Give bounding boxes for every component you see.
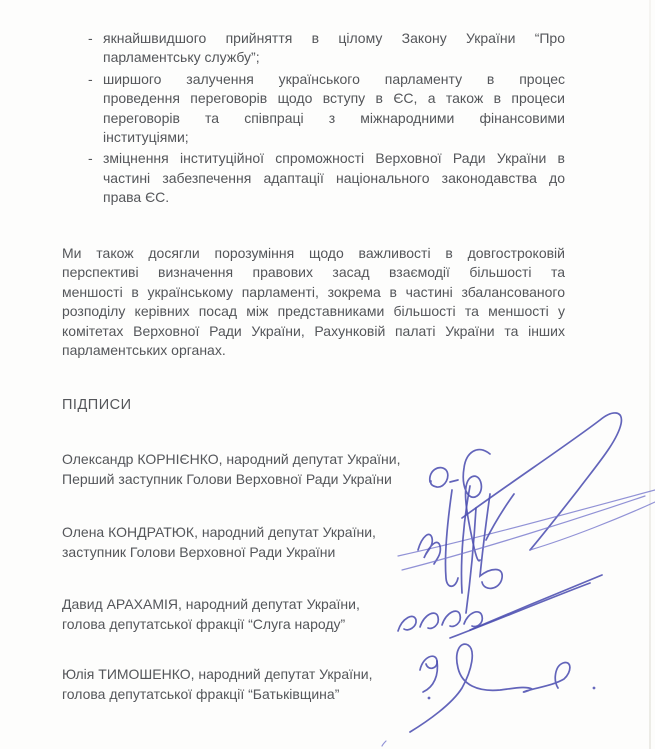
paragraph-line: меншості в українському парламенті, зокр… bbox=[62, 283, 565, 302]
signature-kondratiuk bbox=[402, 486, 645, 613]
bullet-text-line: ширшого залучення українського парламент… bbox=[103, 70, 565, 89]
bullet-text-line: частині забезпечення адаптації національ… bbox=[103, 169, 565, 188]
signatures-ink bbox=[370, 395, 655, 749]
bullet-dash: - bbox=[62, 70, 103, 148]
bullet-item: - зміцнення інституційної спроможності В… bbox=[62, 149, 565, 207]
signatures-ink-svg bbox=[370, 395, 655, 749]
bullet-text-line: якнайшвидшого прийняття в цілому Закону … bbox=[103, 29, 565, 48]
paragraph-line: перспективі визначення правових засад вз… bbox=[62, 263, 565, 282]
bullet-dash: - bbox=[62, 29, 103, 68]
paragraph-line: парламентських органах. bbox=[62, 341, 565, 360]
paragraph-line: комітетах Верховної Ради України, Рахунк… bbox=[62, 322, 565, 341]
bullet-text-line: парламентську службу”; bbox=[103, 48, 565, 67]
bullet-text-line: проведення переговорів щодо вступу в ЄС,… bbox=[103, 89, 565, 108]
bullet-item: - якнайшвидшого прийняття в цілому Закон… bbox=[62, 29, 565, 68]
bullet-text-line: зміцнення інституційної спроможності Вер… bbox=[103, 149, 565, 168]
signature-tymoshenko bbox=[382, 644, 595, 746]
signatures-heading: ПІДПИСИ bbox=[62, 397, 132, 413]
bullet-dash: - bbox=[62, 149, 103, 207]
bullet-text-line: права ЄС. bbox=[103, 188, 565, 207]
paragraph-line: розподілу керівних посад між представник… bbox=[62, 302, 565, 321]
body-paragraph: Ми також досягли порозуміння щодо важлив… bbox=[62, 244, 565, 360]
bullet-list: - якнайшвидшого прийняття в цілому Закон… bbox=[62, 29, 565, 210]
bullet-text-line: інституціями; bbox=[103, 128, 565, 147]
scanned-document-page: { "page": { "background": "#fdfdfc", "te… bbox=[0, 0, 655, 749]
bullet-item: - ширшого залучення українського парламе… bbox=[62, 70, 565, 148]
bullet-text-line: переговорів та співпраці з міжнародними … bbox=[103, 109, 565, 128]
signature-korniyenko bbox=[398, 413, 655, 561]
paragraph-line: Ми також досягли порозуміння щодо важлив… bbox=[62, 244, 565, 263]
